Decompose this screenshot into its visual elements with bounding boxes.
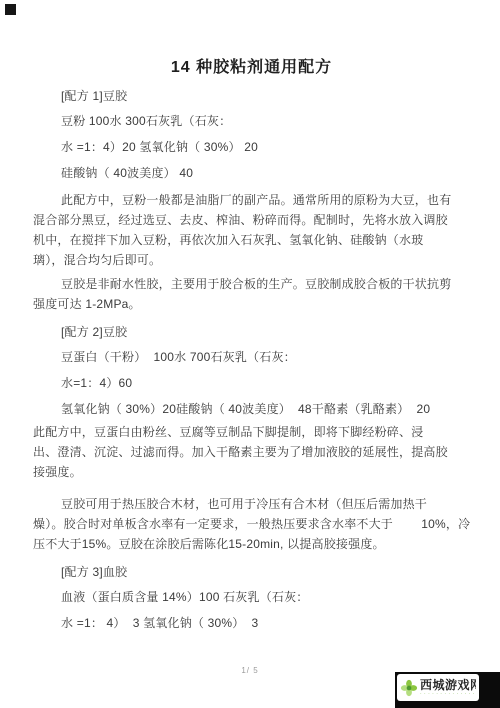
leaf-flower-icon <box>400 679 418 697</box>
text-line: 豆胶可用于热压胶合木材，也可用于冷压有合木材（但压后需加热干 <box>33 494 470 514</box>
section-heading: [配方 1]豆胶 <box>33 86 470 106</box>
section-formula: 豆蛋白（干粉） 100水 700石灰乳（石灰：水=1：4）60氢氧化钠（ 30%… <box>33 344 470 422</box>
section-para: 豆胶是非耐水性胶，主要用于胶合板的生产。豆胶制成胶合板的干状抗剪强度可达 1-2… <box>33 274 470 314</box>
text-line: [配方 1]豆胶 <box>33 86 470 106</box>
watermark-tagline: · · · · · · · · · · · · · · · · · · · · <box>420 692 476 697</box>
text-line: 出、澄清、沉淀、过滤而得。加入干酪素主要为了增加液胶的延展性，提高胶 <box>33 442 470 462</box>
section-formula: 豆粉 100水 300石灰乳（石灰：水 =1：4）20 氢氧化钠（ 30%） 2… <box>33 108 470 186</box>
document-body: [配方 1]豆胶豆粉 100水 300石灰乳（石灰：水 =1：4）20 氢氧化钠… <box>33 86 470 636</box>
corner-mark <box>5 4 16 15</box>
text-line: [配方 2]豆胶 <box>33 322 470 342</box>
section-heading: [配方 3]血胶 <box>33 562 470 582</box>
section-para: 此配方中，豆蛋白由粉丝、豆腐等豆制品下脚提制，即将下脚经粉碎、浸出、澄清、沉淀、… <box>33 422 470 482</box>
text-line: 混合部分黑豆，经过选豆、去皮、榨油、粉碎而得。配制时，先将水放入调胶 <box>33 210 470 230</box>
text-line: 水 =1：4）20 氢氧化钠（ 30%） 20 <box>33 134 470 160</box>
watermark-site-name: 西城游戏网 <box>420 678 476 692</box>
text-line: 燥）。胶合时对单板含水率有一定要求，一般热压要求含水率不大于 10%，冷 <box>33 514 470 534</box>
text-line: 豆粉 100水 300石灰乳（石灰： <box>33 108 470 134</box>
section-para: 此配方中，豆粉一般都是油脂厂的副产品。通常所用的原粉为大豆，也有混合部分黑豆，经… <box>33 190 470 270</box>
text-line: 豆胶是非耐水性胶，主要用于胶合板的生产。豆胶制成胶合板的干状抗剪 <box>33 274 470 294</box>
watermark: 西城游戏网 · · · · · · · · · · · · · · · · · … <box>395 672 500 708</box>
page-title: 14 种胶粘剂通用配方 <box>33 58 470 78</box>
text-line: 机中，在搅拌下加入豆粉，再依次加入石灰乳、氢氧化钠、硅酸钠（水玻 <box>33 230 470 250</box>
text-line: 压不大于15%。豆胶在涂胶后需陈化15-20min, 以提高胶接强度。 <box>33 534 470 554</box>
section-formula: 血液（蛋白质含量 14%）100 石灰乳（石灰：水 =1： 4） 3 氢氧化钠（… <box>33 584 470 636</box>
text-line: 硅酸钠（ 40波美度） 40 <box>33 160 470 186</box>
text-line: 氢氧化钠（ 30%）20硅酸钠（ 40波美度） 48干酪素（乳酪素） 20 <box>33 396 470 422</box>
text-line: 水=1：4）60 <box>33 370 470 396</box>
text-line: 豆蛋白（干粉） 100水 700石灰乳（石灰： <box>33 344 470 370</box>
document-page: 14 种胶粘剂通用配方 [配方 1]豆胶豆粉 100水 300石灰乳（石灰：水 … <box>0 0 500 708</box>
text-line: 璃），混合均匀后即可。 <box>33 250 470 270</box>
section-para: 豆胶可用于热压胶合木材，也可用于冷压有合木材（但压后需加热干燥）。胶合时对单板含… <box>33 494 470 554</box>
text-line: 此配方中，豆粉一般都是油脂厂的副产品。通常所用的原粉为大豆，也有 <box>33 190 470 210</box>
text-line: [配方 3]血胶 <box>33 562 470 582</box>
text-line: 强度可达 1-2MPa。 <box>33 294 470 314</box>
section-heading: [配方 2]豆胶 <box>33 322 470 342</box>
text-line: 水 =1： 4） 3 氢氧化钠（ 30%） 3 <box>33 610 470 636</box>
text-line: 此配方中，豆蛋白由粉丝、豆腐等豆制品下脚提制，即将下脚经粉碎、浸 <box>33 422 470 442</box>
watermark-card: 西城游戏网 · · · · · · · · · · · · · · · · · … <box>397 674 479 701</box>
text-line: 接强度。 <box>33 462 470 482</box>
text-line: 血液（蛋白质含量 14%）100 石灰乳（石灰： <box>33 584 470 610</box>
watermark-text: 西城游戏网 · · · · · · · · · · · · · · · · · … <box>420 678 476 697</box>
